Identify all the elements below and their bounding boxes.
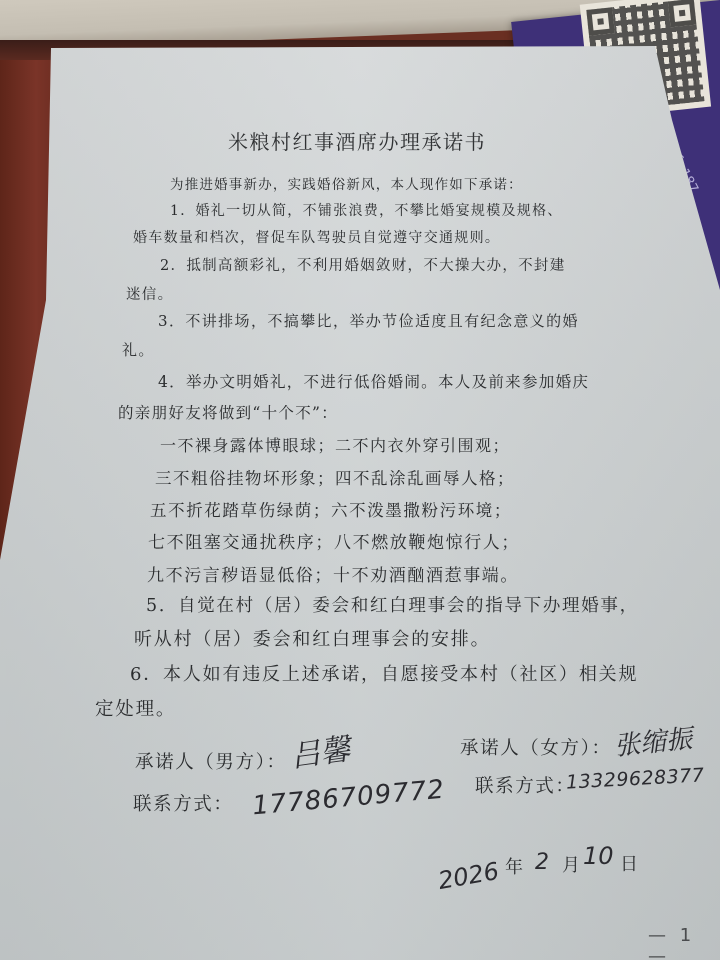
clause-6-line-2: 定处理。 [95, 695, 176, 721]
intro-paragraph: 为推进婚事新办，实践婚俗新风，本人现作如下承诺： [170, 173, 523, 193]
clause-3-line-2: 礼。 [122, 339, 155, 360]
qr-finder-icon [668, 0, 697, 27]
clause-2-line-2: 迷信。 [126, 283, 173, 304]
ten-nots-item: 三不粗俗挂物坏形象；四不乱涂乱画辱人格； [155, 465, 515, 489]
clause-2-line-1: 2．抵制高额彩礼，不利用婚姻敛财，不大操大办，不封建 [160, 254, 566, 275]
clause-3-line-1: 3．不讲排场，不搞攀比，举办节俭适度且有纪念意义的婚 [158, 310, 579, 331]
clause-1-line-1: 1．婚礼一切从简，不铺张浪费，不攀比婚宴规模及规格、 [170, 200, 563, 220]
clause-5-line-1: 5．自觉在村（居）委会和红白理事会的指导下办理婚事， [146, 592, 639, 617]
bride-signature-label: 承诺人（女方）： [460, 734, 612, 760]
date-month-label: 月 [562, 851, 580, 877]
clause-4-line-1: 4．举办文明婚礼，不进行低俗婚闹。本人及前来参加婚庆 [158, 370, 589, 392]
document-title: 米粮村红事酒席办理承诺书 [228, 126, 486, 155]
clause-6-line-1: 6．本人如有违反上述承诺，自愿接受本村（社区）相关规 [130, 660, 638, 686]
groom-signature-label: 承诺人（男方）： [135, 748, 287, 774]
date-month: 2 [535, 850, 549, 875]
groom-contact-label: 联系方式： [133, 790, 234, 816]
page-number: — 1 — [648, 925, 720, 960]
qr-finder-icon [586, 7, 615, 36]
ten-nots-item: 九不污言秽语显低俗；十不劝酒酗酒惹事端。 [147, 561, 519, 586]
ten-nots-item: 七不阻塞交通扰秩序；八不燃放鞭炮惊行人； [148, 528, 520, 553]
groom-signature: 吕馨 [287, 724, 353, 776]
clause-1-line-2: 婚车数量和档次，督促车队驾驶员自觉遵守交通规则。 [133, 227, 500, 247]
ten-nots-item: 五不折花踏草伤绿荫；六不泼墨撒粉污环境； [150, 497, 512, 521]
clause-4-line-2: 的亲朋好友将做到“十个不”： [118, 401, 338, 423]
bride-contact-label: 联系方式： [475, 772, 576, 798]
date-day: 10 [583, 842, 614, 870]
clause-5-line-2: 听从村（居）委会和红白理事会的安排。 [134, 625, 490, 651]
date-year-label: 年 [505, 853, 523, 879]
date-day-label: 日 [620, 850, 638, 876]
ten-nots-item: 一不裸身露体博眼球；二不内衣外穿引围观； [160, 433, 510, 456]
